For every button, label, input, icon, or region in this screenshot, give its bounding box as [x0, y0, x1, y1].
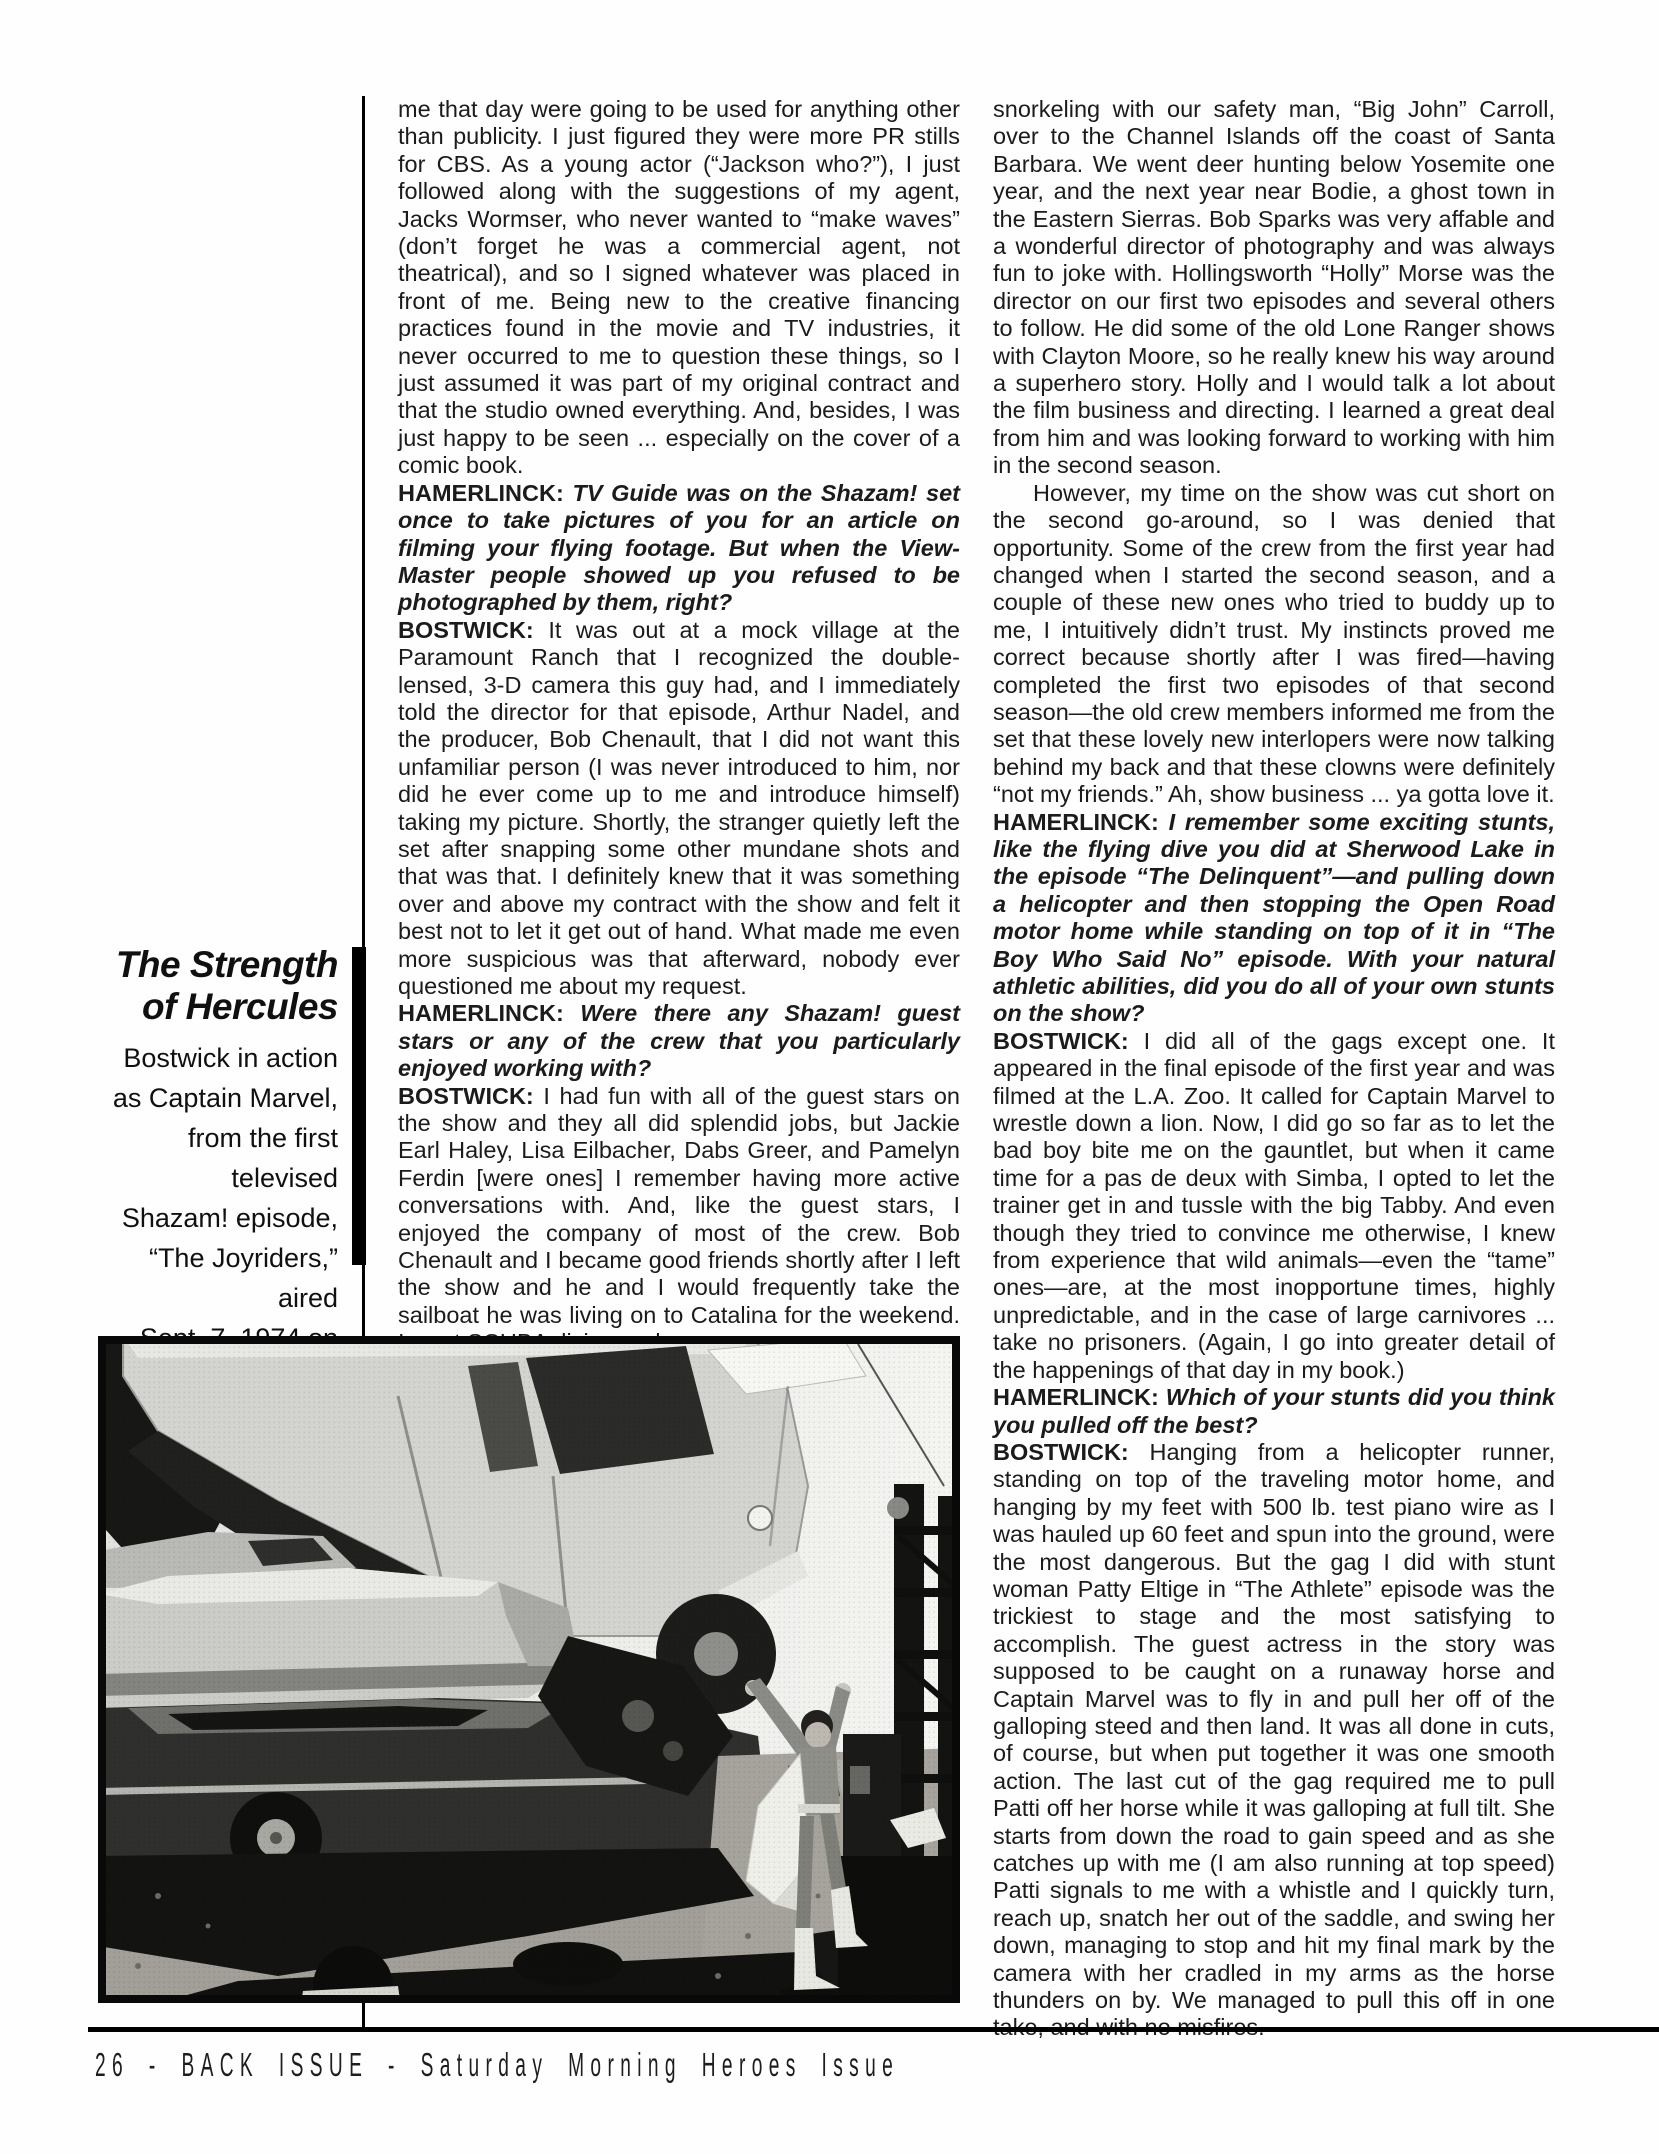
- caption-line: Shazam! episode,: [86, 1198, 338, 1238]
- question-paragraph: HAMERLINCK: TV Guide was on the Shazam! …: [398, 480, 960, 617]
- question-paragraph: HAMERLINCK: Were there any Shazam! guest…: [398, 1000, 960, 1082]
- paragraph-text: I had fun with all of the guest stars on…: [398, 1083, 960, 1356]
- caption-title: The Strength of Hercules: [86, 944, 338, 1028]
- paragraph-text: I did all of the gags except one. It app…: [993, 1028, 1555, 1383]
- speaker-label: BOSTWICK:: [993, 1439, 1129, 1465]
- footer-rule: [88, 2027, 1659, 2032]
- magazine-page: The Strength of Hercules Bostwick in act…: [0, 0, 1659, 2154]
- question-paragraph: HAMERLINCK: Which of your stunts did you…: [993, 1384, 1555, 1439]
- answer-paragraph: BOSTWICK: Hanging from a helicopter runn…: [993, 1439, 1555, 2042]
- speaker-label: BOSTWICK:: [398, 617, 534, 643]
- speaker-label: HAMERLINCK:: [993, 809, 1159, 835]
- caption-line: as Captain Marvel,: [86, 1078, 338, 1118]
- speaker-label: HAMERLINCK:: [398, 1000, 564, 1026]
- caption-accent-bar: [352, 947, 366, 1265]
- question-paragraph: HAMERLINCK: I remember some exciting stu…: [993, 809, 1555, 1028]
- answer-paragraph: BOSTWICK: I had fun with all of the gues…: [398, 1083, 960, 1357]
- body-paragraph: me that day were going to be used for an…: [398, 96, 960, 480]
- body-paragraph: snorkeling with our safety man, “Big Joh…: [993, 96, 1555, 480]
- speaker-label: BOSTWICK:: [398, 1083, 534, 1109]
- paragraph-text: It was out at a mock village at the Para…: [398, 617, 960, 999]
- junkyard-photo-art: [98, 1336, 960, 2003]
- caption-line: Bostwick in action: [86, 1038, 338, 1078]
- article-column-right: snorkeling with our safety man, “Big Joh…: [993, 96, 1555, 2042]
- body-paragraph: However, my time on the show was cut sho…: [993, 480, 1555, 809]
- caption-line: “The Joyriders,” aired: [86, 1238, 338, 1318]
- paragraph-text: me that day were going to be used for an…: [398, 96, 960, 478]
- speaker-label: BOSTWICK:: [993, 1028, 1129, 1054]
- junkyard-stunt-photo: [98, 1336, 960, 2003]
- answer-paragraph: BOSTWICK: I did all of the gags except o…: [993, 1028, 1555, 1384]
- caption-title-line: The Strength: [86, 944, 338, 986]
- caption-line: from the first televised: [86, 1118, 338, 1198]
- paragraph-text: However, my time on the show was cut sho…: [993, 480, 1555, 807]
- speaker-label: HAMERLINCK:: [398, 480, 564, 506]
- article-column-left: me that day were going to be used for an…: [398, 96, 960, 1357]
- paragraph-text: snorkeling with our safety man, “Big Joh…: [993, 96, 1555, 478]
- speaker-label: HAMERLINCK:: [993, 1384, 1159, 1410]
- page-footer: 26 - BACK ISSUE - Saturday Morning Heroe…: [95, 2046, 899, 2084]
- paragraph-text: Hanging from a helicopter runner, standi…: [993, 1439, 1555, 2041]
- answer-paragraph: BOSTWICK: It was out at a mock village a…: [398, 617, 960, 1001]
- paragraph-text: I remember some exciting stunts, like th…: [993, 809, 1555, 1027]
- caption-title-line: of Hercules: [86, 986, 338, 1028]
